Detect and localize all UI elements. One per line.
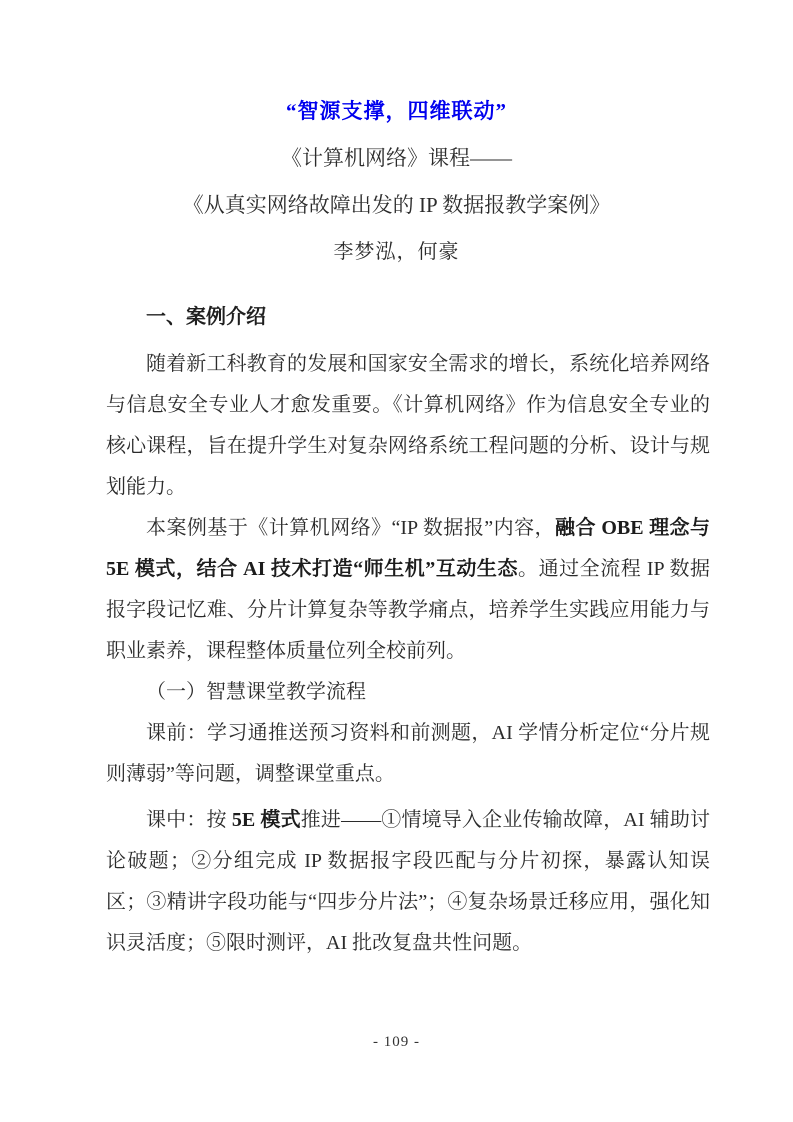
paragraph-pre-class: 课前：学习通推送预习资料和前测题，AI 学情分析定位“分片规则薄弱”等问题，调整… [106,713,710,795]
page-footer: - 109 - [0,1034,793,1051]
authors-line: 李梦泓，何豪 [0,229,793,276]
paragraph-case-overview: 本案例基于《计算机网络》“IP 数据报”内容，融合 OBE 理念与 5E 模式，… [106,508,710,672]
paragraph-background: 随着新工科教育的发展和国家安全需求的增长，系统化培养网络与信息安全专业人才愈发重… [106,344,710,508]
case-overview-text-lead: 本案例基于《计算机网络》“IP 数据报”内容， [146,517,555,539]
page-number: - 109 - [373,1034,420,1050]
course-title-line: 《计算机网络》课程—— [0,135,793,182]
document-header: “智源支撑，四维联动” 《计算机网络》课程—— 《从真实网络故障出发的 IP 数… [0,0,793,276]
document-body: 一、案例介绍 随着新工科教育的发展和国家安全需求的增长，系统化培养网络与信息安全… [106,297,710,964]
document-page: “智源支撑，四维联动” 《计算机网络》课程—— 《从真实网络故障出发的 IP 数… [0,0,793,1122]
section-heading-case-intro: 一、案例介绍 [106,297,710,338]
paragraph-in-class: 课中：按 5E 模式推进——①情境导入企业传输故障，AI 辅助讨论破题；②分组完… [106,800,710,964]
slogan-title: “智源支撑，四维联动” [0,88,793,135]
in-class-text-lead: 课中：按 [146,809,232,831]
subsection-heading-smart-classroom-flow: （一）智慧课堂教学流程 [106,672,710,713]
in-class-bold-5e-mode: 5E 模式 [232,809,301,831]
case-title-line: 《从真实网络故障出发的 IP 数据报教学案例》 [0,182,793,229]
